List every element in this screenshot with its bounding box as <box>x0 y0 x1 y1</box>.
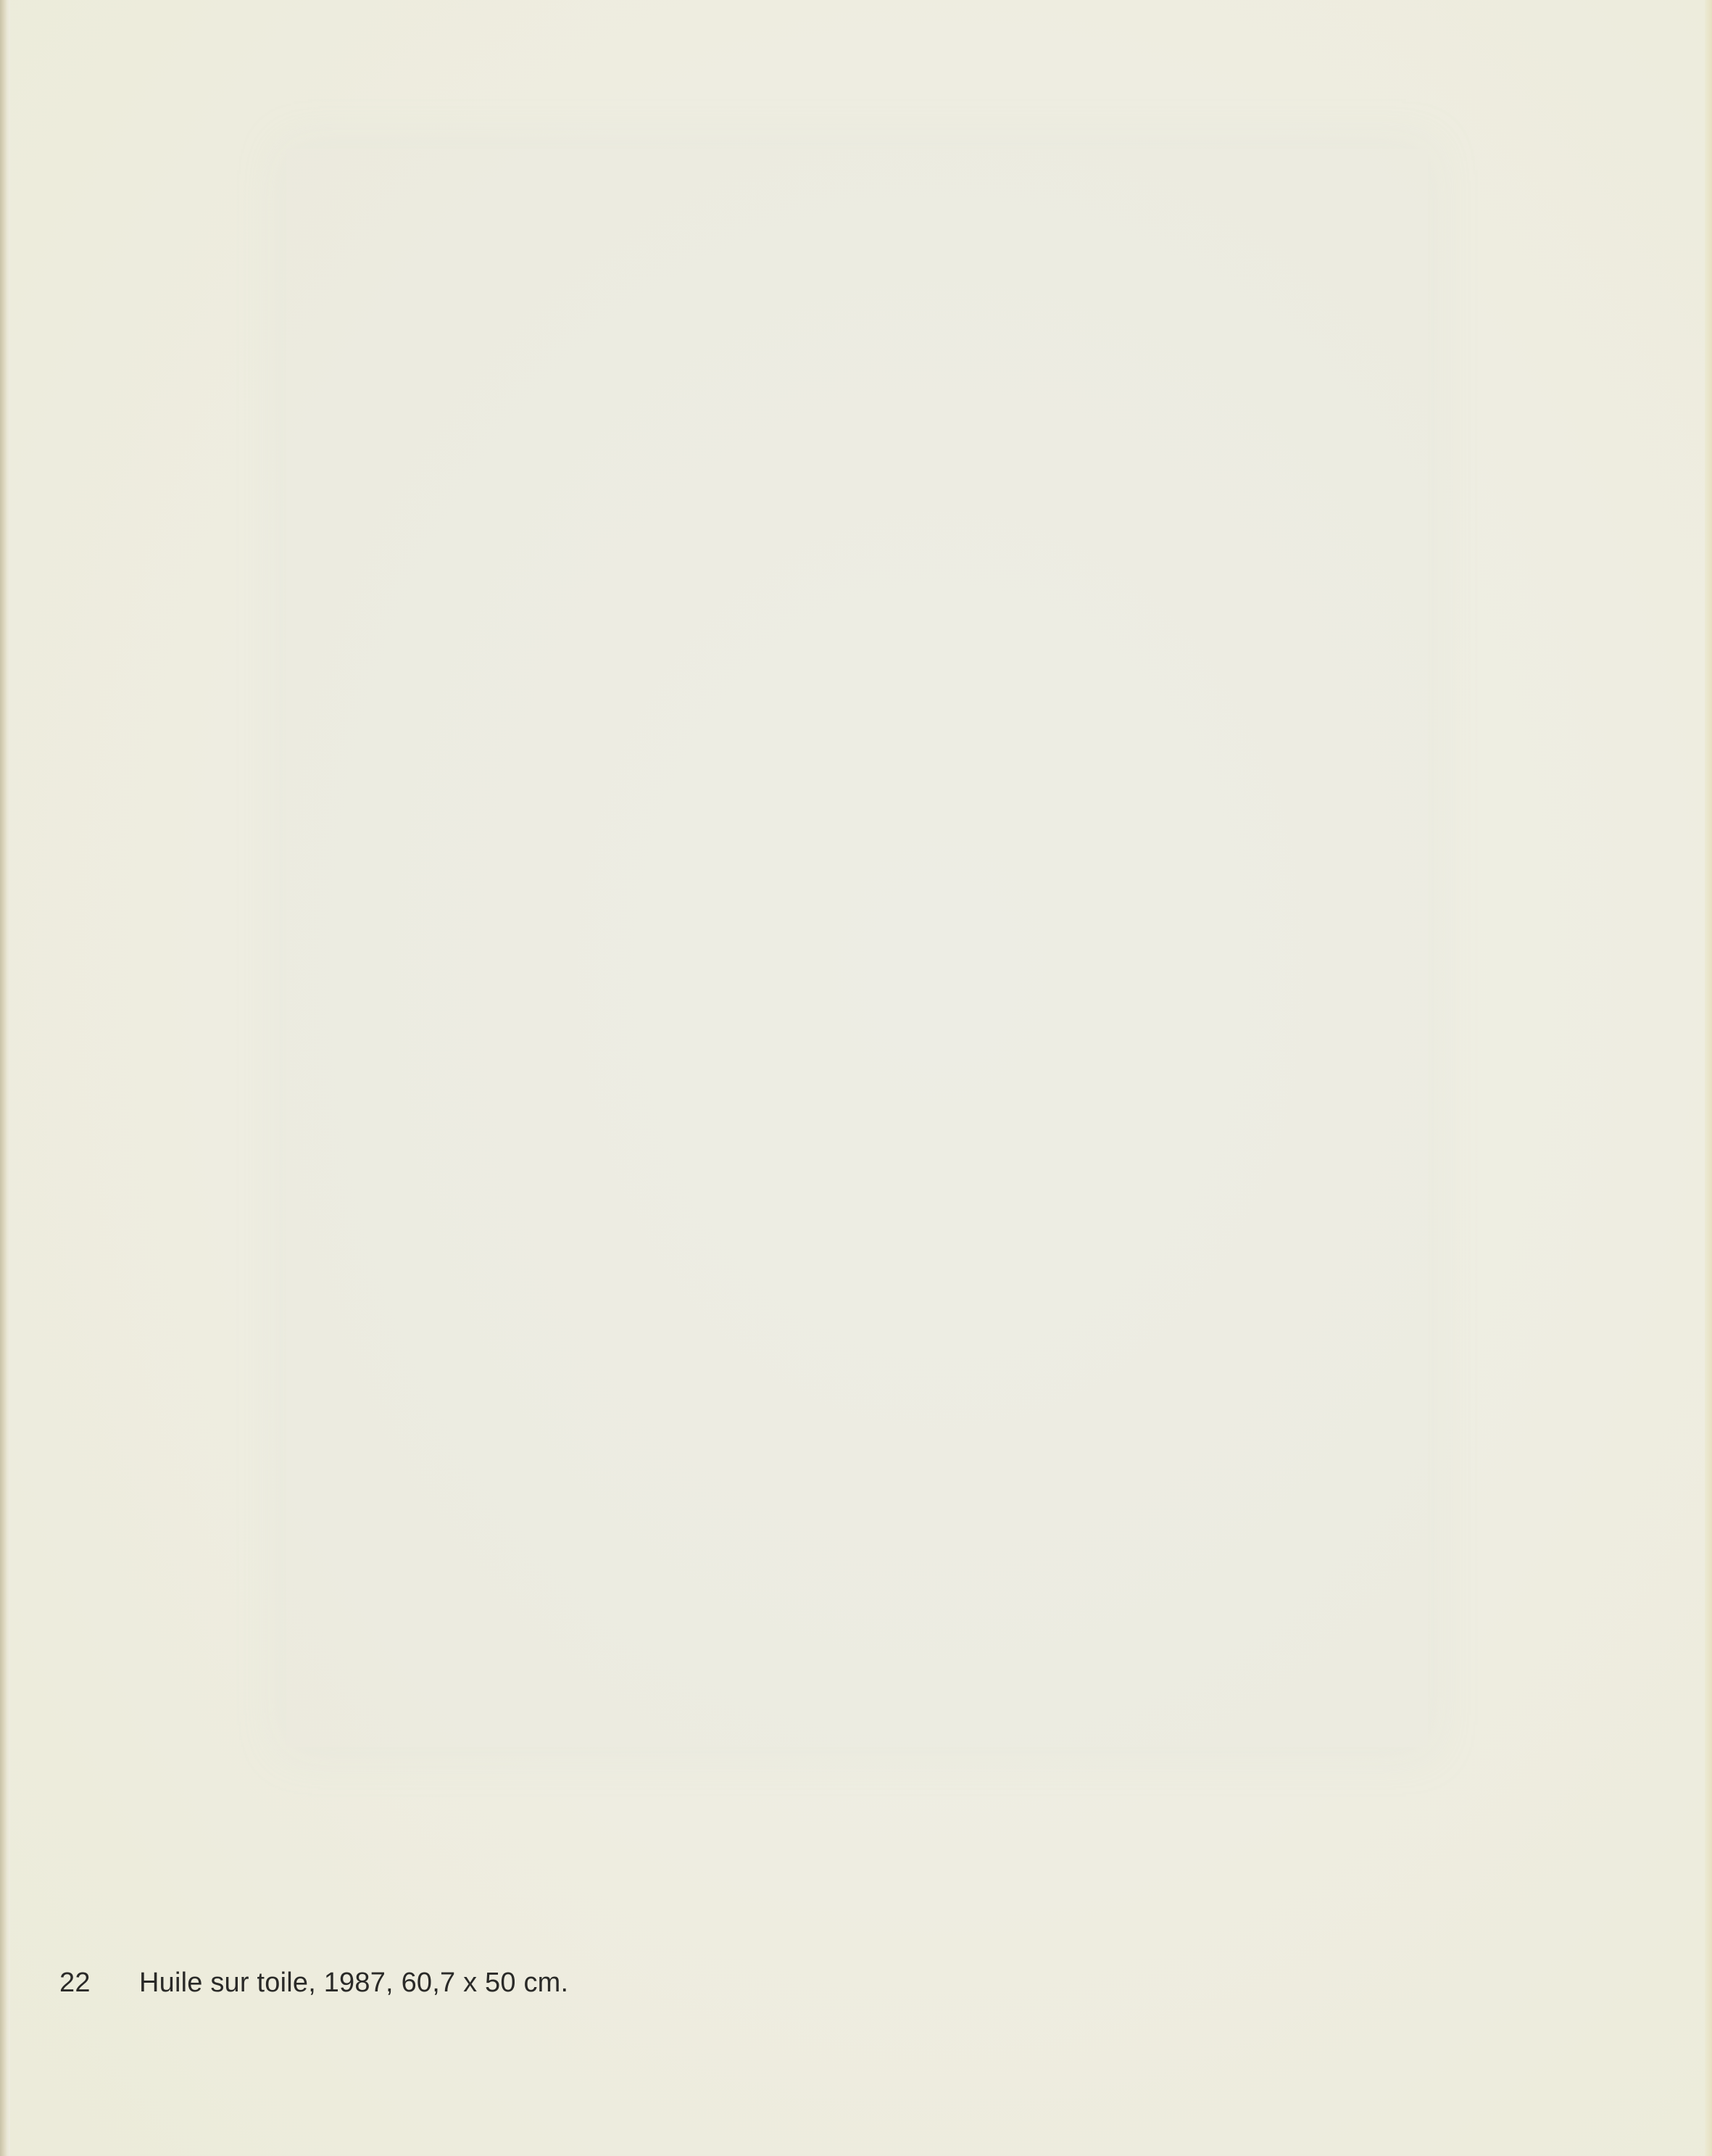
caption-text: Huile sur toile, 1987, 60,7 x 50 cm. <box>139 1968 568 1999</box>
page-right-edge <box>1705 0 1712 2156</box>
book-page: 22 Huile sur toile, 1987, 60,7 x 50 cm. <box>0 0 1712 2156</box>
plate-number: 22 <box>59 1968 91 1999</box>
faded-plate-area <box>286 149 1428 1747</box>
binding-edge <box>0 0 10 2156</box>
